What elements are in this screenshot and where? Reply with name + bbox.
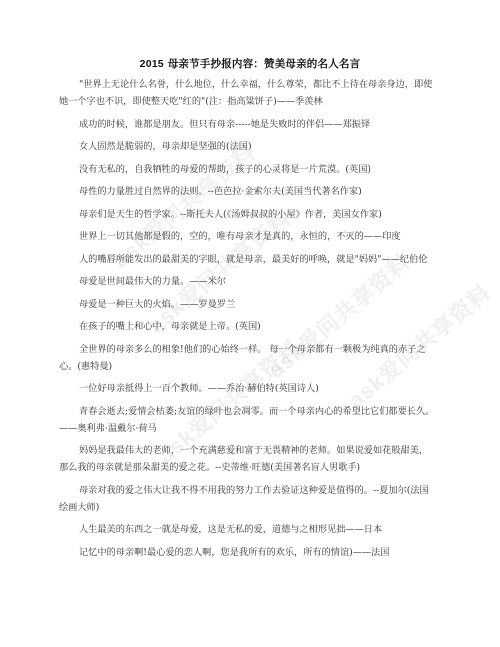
quote-paragraph: "世界上无论什么名誉，什么地位，什么幸福，什么尊荣，都比不上待在母亲身边，即使她… xyxy=(59,76,435,110)
quote-paragraph: 母爱是一种巨大的火焰。——罗曼罗兰 xyxy=(59,296,435,313)
quote-paragraph: 世界上一切其他都是假的，空的，唯有母亲才是真的，永恒的，不灭的——印度 xyxy=(59,228,435,245)
quote-paragraph: 妈妈是我最伟大的老师，一个充满慈爱和富于无畏精神的老师。如果说爱如花般甜美，那么… xyxy=(59,442,435,476)
quote-paragraph: 在孩子的嘴上和心中，母亲就是上帝。(英国) xyxy=(59,318,435,335)
title-year: 2015 xyxy=(140,58,164,70)
quote-paragraph: 记忆中的母亲啊!最心爱的恋人啊，您是我所有的欢乐，所有的情谊)——法国 xyxy=(59,544,435,561)
quote-paragraph: 一位好母亲抵得上一百个教师。——乔治·赫伯特(英国诗人) xyxy=(59,380,435,397)
quote-paragraph: 母亲对我的爱之伟大让我不得不用我的努力工作去验证这种爱是值得的。--夏加尔(法国… xyxy=(59,482,435,516)
quote-list: "世界上无论什么名誉，什么地位，什么幸福，什么尊荣，都比不上待在母亲身边，即使她… xyxy=(59,76,435,566)
quote-paragraph: 没有无私的，自我牺牲的母爱的帮助，孩子的心灵将是一片荒漠。(英国) xyxy=(59,161,435,178)
title-text: 母亲节手抄报内容：赞美母亲的名人名言 xyxy=(164,58,360,70)
quote-paragraph: 人的嘴唇所能发出的最甜美的字眼，就是母亲，最美好的呼唤，就是"妈妈"——纪伯伦 xyxy=(59,251,435,268)
quote-paragraph: 母亲们是天生的哲学家。--斯托夫人(《汤姆叔叔的小屋》作者，美国女作家) xyxy=(59,206,435,223)
quote-paragraph: 母性的力量胜过自然界的法则。--芭芭拉·金索尔夫(美国当代著名作家) xyxy=(59,183,435,200)
quote-paragraph: 人生最美的东西之一就是母爱，这是无私的爱，道德与之相形见拙——日本 xyxy=(59,521,435,538)
page-title: 2015 母亲节手抄报内容：赞美母亲的名人名言 xyxy=(0,56,500,71)
quote-paragraph: 成功的时候，谁都是朋友。但只有母亲-----她是失败时的伴侣——郑振铎 xyxy=(59,116,435,133)
quote-paragraph: 全世界的母亲多么的相象!他们的心始终一样。 每一个母亲都有一颗极为纯真的赤子之心… xyxy=(59,341,435,375)
document-page: ask爱问共享资料 ask爱问共享资料 ask爱问共享资料 ask爱问共享资料 … xyxy=(0,0,500,647)
quote-paragraph: 青春会逝去;爱情会枯萎;友谊的绿叶也会凋零。而一个母亲内心的希望比它们都要长久。… xyxy=(59,403,435,437)
quote-paragraph: 女人固然是脆弱的，母亲却是坚强的(法国) xyxy=(59,138,435,155)
quote-paragraph: 母爱是世间最伟大的力量。——米尔 xyxy=(59,273,435,290)
